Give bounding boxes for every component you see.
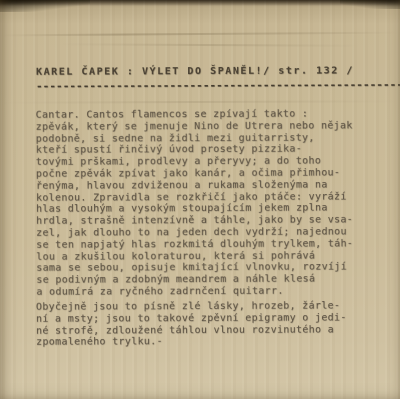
paper-crease xyxy=(0,32,400,37)
paper-crease xyxy=(60,43,360,47)
paper-corner-shadow-left xyxy=(0,0,90,12)
text-line: né strofě, zdloužené táhlou vlnou rozvin… xyxy=(36,324,382,337)
typewritten-page: KAREL ČAPEK : VÝLET DO ŠPANĚL!/ str. 132… xyxy=(0,0,400,399)
text-line: se ten napjatý hlas rozkmitá dlouhým try… xyxy=(36,238,382,251)
text-line: ní a msty; jsou to takové zpěvní epigram… xyxy=(36,312,382,325)
text-line: a odumírá za ryčného zadrnčení quitarr. xyxy=(36,285,382,298)
text-line: počne zpěvák zpívat jako kanár, a očima … xyxy=(36,167,382,180)
text-line: zpomaleného trylku.- xyxy=(36,336,382,349)
header-dashed-underline: ----------------------------------------… xyxy=(36,78,382,93)
paragraph-2: Obyčejně jsou to písně zlé lásky, hrozeb… xyxy=(36,300,382,349)
document-header: KAREL ČAPEK : VÝLET DO ŠPANĚL!/ str. 132… xyxy=(36,65,382,78)
text-line: zpěvák, který se jmenuje Nino de Utrera … xyxy=(36,120,382,133)
paper-crease xyxy=(0,100,400,103)
paper-corner-shadow-right xyxy=(340,0,400,9)
paragraph-1: Cantar. Cantos flamencos se zpívají takt… xyxy=(36,108,383,298)
text-line: sama se sebou, opisuje kmitající vlnovku… xyxy=(36,262,382,275)
